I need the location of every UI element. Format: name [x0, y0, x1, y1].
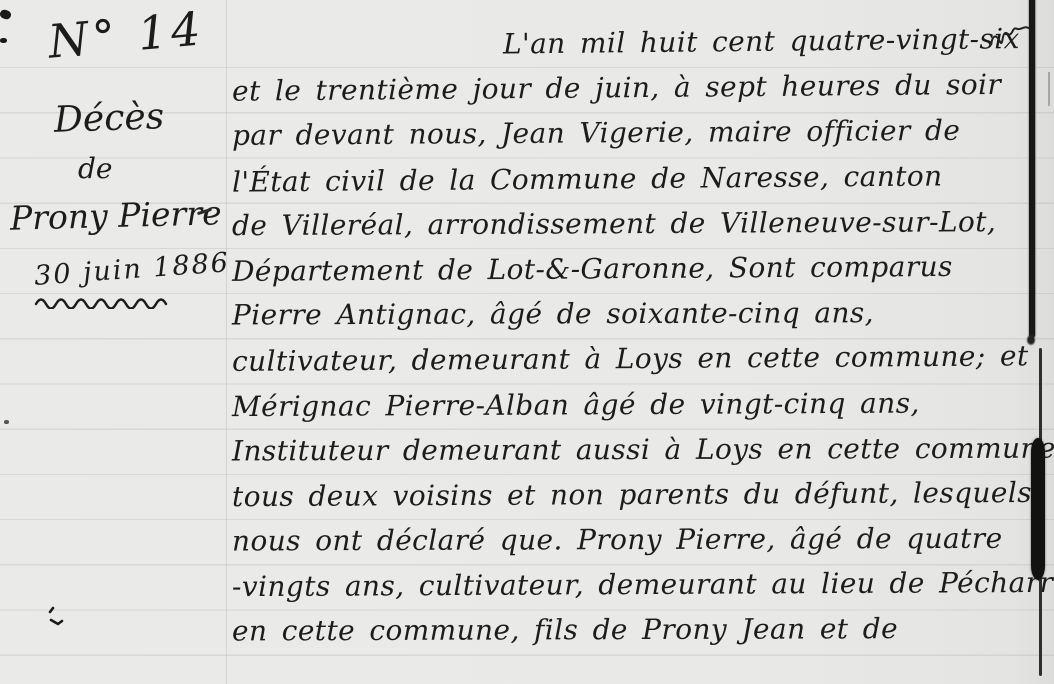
- document-page: N° 14 Décès de Prony Pierre 30 juin 1886…: [0, 0, 1054, 684]
- stray-pen-mark: [46, 606, 68, 626]
- body-line: Département de Lot-&-Garonne, Sont compa…: [232, 243, 1054, 294]
- body-line: tous deux voisins et non parents du défu…: [232, 470, 1054, 520]
- body-line: cultivateur, demeurant à Loys en cette c…: [232, 333, 1054, 384]
- page-edge-shadow: [1048, 72, 1050, 106]
- record-number: N° 14: [46, 1, 207, 68]
- ink-speck: [0, 38, 7, 43]
- act-date: 30 juin 1886: [33, 247, 231, 292]
- binding-ink-blob: [1031, 438, 1045, 580]
- act-body-text: L'an mil huit cent quatre-vingt-six et l…: [232, 20, 1054, 653]
- body-line: Instituteur demeurant aussi à Loys en ce…: [232, 425, 1054, 473]
- act-type-connector: de: [78, 152, 113, 185]
- body-line: de Villeréal, arrondissement de Villeneu…: [232, 199, 1054, 249]
- body-line: L'an mil huit cent quatre-vingt-six: [232, 16, 1054, 70]
- act-type-label: Décès: [53, 96, 164, 141]
- body-line: l'État civil de la Commune de Naresse, c…: [232, 152, 1054, 204]
- ink-speck: [4, 420, 9, 424]
- margin-rule: [226, 0, 227, 684]
- body-line: par devant nous, Jean Vigerie, maire off…: [232, 107, 1054, 158]
- body-line: Mérignac Pierre-Alban âgé de vingt-cinq …: [232, 379, 1054, 429]
- body-line: -vingts ans, cultivateur, demeurant au l…: [232, 560, 1054, 610]
- wavy-underline-icon: [34, 293, 176, 309]
- body-line: Pierre Antignac, âgé de soixante-cinq an…: [232, 290, 1054, 338]
- binding-edge-icon: [1029, 0, 1035, 338]
- ink-speck: [0, 8, 12, 20]
- body-line: nous ont déclaré que. Prony Pierre, âgé …: [232, 516, 1054, 564]
- body-line: et le trentième jour de juin, à sept heu…: [232, 62, 1054, 114]
- body-line: en cette commune, fils de Prony Jean et …: [232, 606, 1054, 654]
- deceased-name: Prony Pierre: [10, 193, 223, 238]
